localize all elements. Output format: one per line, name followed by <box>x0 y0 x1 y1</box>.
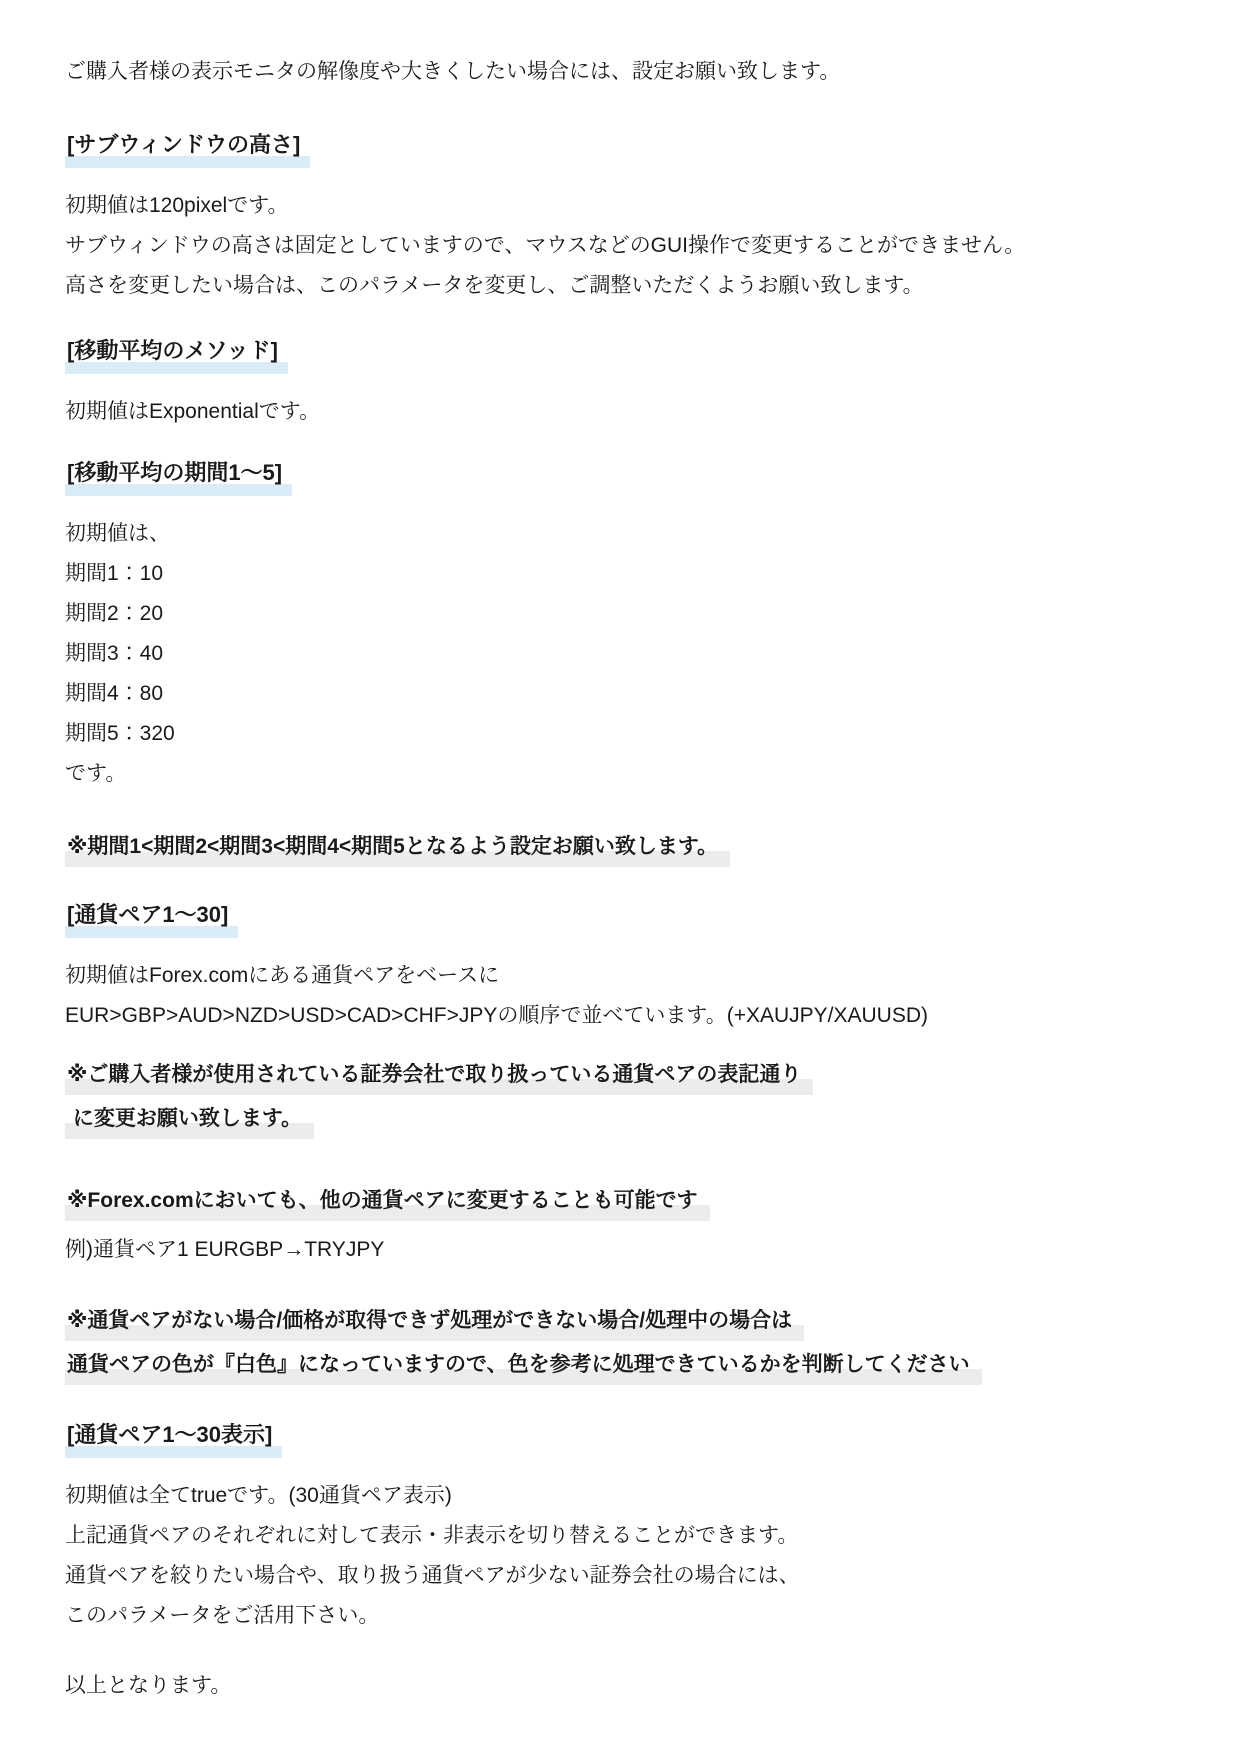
example-line: 例)通貨ペア1 EURGBP→TRYJPY <box>65 1230 1200 1270</box>
section-body-pair-visibility: 初期値は全てtrueです。(30通貨ペア表示) 上記通貨ペアのそれぞれに対して表… <box>65 1476 1200 1636</box>
note-broker-notation: ※ご購入者様が使用されている証券会社で取り扱っている通貨ペアの表記通り に変更お… <box>65 1060 1200 1139</box>
section-body-subwindow-height: 初期値は120pixelです。 サブウィンドウの高さは固定としていますので、マウ… <box>65 186 1200 306</box>
section-body-currency-pairs: 初期値はForex.comにある通貨ペアをベースに EUR>GBP>AUD>NZ… <box>65 956 1200 1036</box>
note-line: 通貨ペアの色が『白色』になっていますので、色を参考に処理できているかを判断してく… <box>65 1350 1200 1385</box>
example-block: 例)通貨ペア1 EURGBP→TRYJPY <box>65 1230 1200 1270</box>
section-heading-label: [サブウィンドウの高さ] <box>65 130 310 168</box>
period-1-value: 期間1：10 <box>65 554 1200 594</box>
note-line: ※ご購入者様が使用されている証券会社で取り扱っている通貨ペアの表記通り <box>65 1060 1200 1095</box>
note-line: ※通貨ペアがない場合/価格が取得できず処理ができない場合/処理中の場合は <box>65 1306 1200 1341</box>
note-text: ※Forex.comにおいても、他の通貨ペアに変更することも可能です <box>65 1186 710 1221</box>
section-heading-ma-method: [移動平均のメソッド] <box>65 336 1200 374</box>
closing-line: 以上となります。 <box>65 1666 1200 1706</box>
note-text: に変更お願い致します。 <box>65 1104 314 1139</box>
note-line: ※Forex.comにおいても、他の通貨ペアに変更することも可能です <box>65 1186 1200 1221</box>
paragraph-line: 高さを変更したい場合は、このパラメータを変更し、ご調整いただくようお願い致します… <box>65 266 1200 306</box>
paragraph-line: 上記通貨ペアのそれぞれに対して表示・非表示を切り替えることができます。 <box>65 1516 1200 1556</box>
period-5-value: 期間5：320 <box>65 714 1200 754</box>
period-3-value: 期間3：40 <box>65 634 1200 674</box>
note-text: 通貨ペアの色が『白色』になっていますので、色を参考に処理できているかを判断してく… <box>65 1350 982 1385</box>
paragraph-line: 初期値は、 <box>65 514 1200 554</box>
paragraph-line: です。 <box>65 754 1200 794</box>
note-text: ※期間1<期間2<期間3<期間4<期間5となるよう設定お願い致します。 <box>65 832 730 867</box>
section-heading-subwindow-height: [サブウィンドウの高さ] <box>65 130 1200 168</box>
paragraph-line: 初期値は120pixelです。 <box>65 186 1200 226</box>
currency-order-line: EUR>GBP>AUD>NZD>USD>CAD>CHF>JPYの順序で並べていま… <box>65 996 1200 1036</box>
paragraph-line: 初期値はExponentialです。 <box>65 392 1200 432</box>
section-heading-currency-pairs: [通貨ペア1〜30] <box>65 900 1200 938</box>
section-heading-label: [通貨ペア1〜30表示] <box>65 1420 282 1458</box>
section-body-ma-periods: 初期値は、 期間1：10 期間2：20 期間3：40 期間4：80 期間5：32… <box>65 514 1200 794</box>
paragraph-line: サブウィンドウの高さは固定としていますので、マウスなどのGUI操作で変更すること… <box>65 226 1200 266</box>
paragraph-line: 通貨ペアを絞りたい場合や、取り扱う通貨ペアが少ない証券会社の場合には、 <box>65 1556 1200 1596</box>
document-page: ご購入者様の表示モニタの解像度や大きくしたい場合には、設定お願い致します。 [サ… <box>0 0 1240 1706</box>
paragraph-line: このパラメータをご活用下さい。 <box>65 1596 1200 1636</box>
section-heading-label: [移動平均の期間1〜5] <box>65 458 292 496</box>
paragraph-line: 初期値はForex.comにある通貨ペアをベースに <box>65 956 1200 996</box>
section-heading-ma-periods: [移動平均の期間1〜5] <box>65 458 1200 496</box>
note-other-pairs: ※Forex.comにおいても、他の通貨ペアに変更することも可能です <box>65 1186 1200 1221</box>
note-text: ※ご購入者様が使用されている証券会社で取り扱っている通貨ペアの表記通り <box>65 1060 813 1095</box>
note-white-color: ※通貨ペアがない場合/価格が取得できず処理ができない場合/処理中の場合は 通貨ペ… <box>65 1306 1200 1385</box>
note-line: に変更お願い致します。 <box>65 1104 1200 1139</box>
section-heading-pair-visibility: [通貨ペア1〜30表示] <box>65 1420 1200 1458</box>
intro-paragraph: ご購入者様の表示モニタの解像度や大きくしたい場合には、設定お願い致します。 <box>65 52 1200 92</box>
period-4-value: 期間4：80 <box>65 674 1200 714</box>
intro-block: ご購入者様の表示モニタの解像度や大きくしたい場合には、設定お願い致します。 <box>65 52 1200 92</box>
note-text: ※通貨ペアがない場合/価格が取得できず処理ができない場合/処理中の場合は <box>65 1306 804 1341</box>
section-heading-label: [移動平均のメソッド] <box>65 336 288 374</box>
closing-block: 以上となります。 <box>65 1666 1200 1706</box>
note-period-order: ※期間1<期間2<期間3<期間4<期間5となるよう設定お願い致します。 <box>65 832 1200 867</box>
note-line: ※期間1<期間2<期間3<期間4<期間5となるよう設定お願い致します。 <box>65 832 1200 867</box>
period-2-value: 期間2：20 <box>65 594 1200 634</box>
section-body-ma-method: 初期値はExponentialです。 <box>65 392 1200 432</box>
paragraph-line: 初期値は全てtrueです。(30通貨ペア表示) <box>65 1476 1200 1516</box>
section-heading-label: [通貨ペア1〜30] <box>65 900 238 938</box>
